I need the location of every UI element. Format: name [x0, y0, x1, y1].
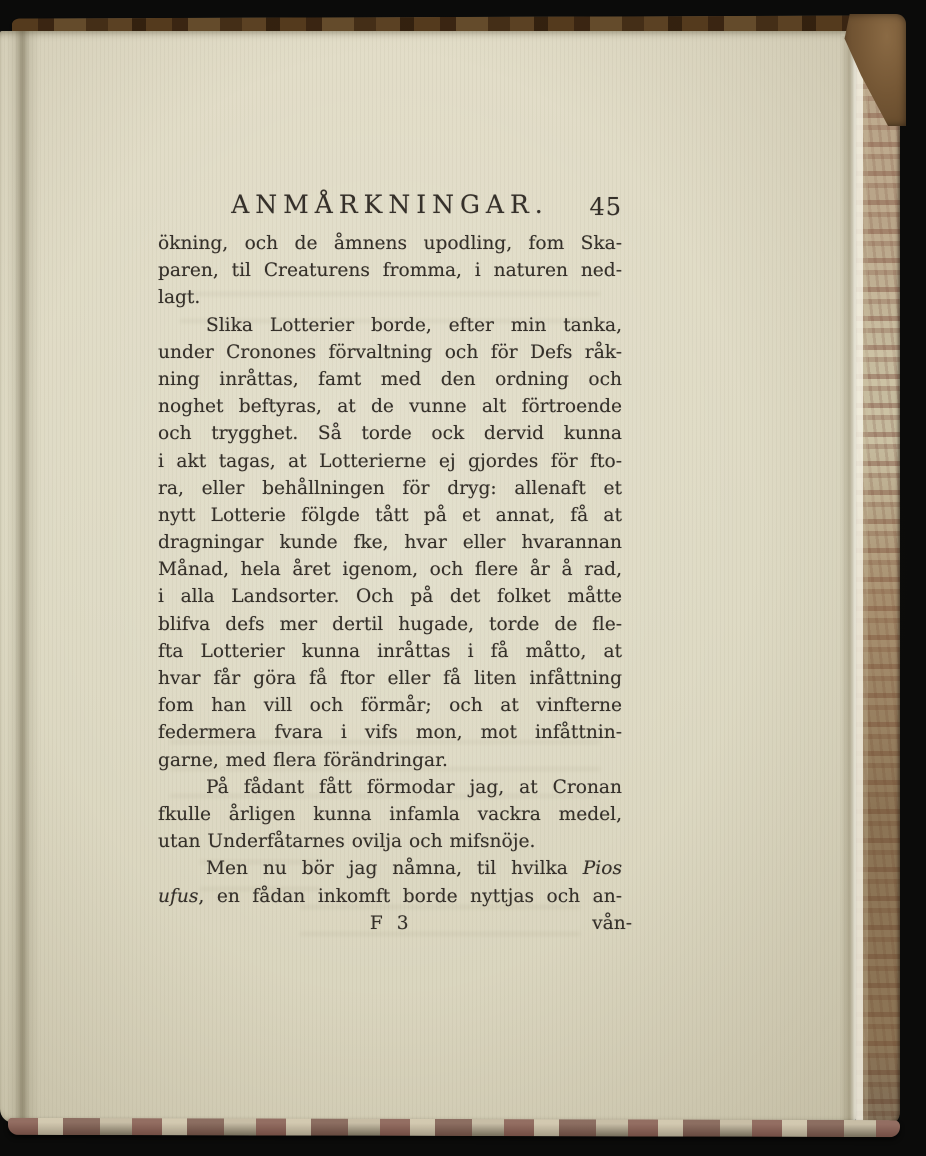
text-segment: Slika Lotterier borde, efter min tanka, — [206, 315, 622, 336]
text-segment: fkulle årligen kunna infamla vackra mede… — [158, 804, 622, 825]
catchword: vån- — [592, 910, 632, 937]
text-line: ra, eller behållningen för dryg: allenaf… — [158, 475, 622, 502]
text-segment: blifva defs mer dertil hugade, torde de … — [158, 614, 622, 635]
text-segment: Månad, hela året igenom, och flere år å … — [158, 559, 622, 580]
text-segment: och trygghet. Så torde ock dervid kunna — [158, 423, 622, 444]
marbled-fore-edge — [856, 26, 900, 1126]
text-line: och trygghet. Så torde ock dervid kunna — [158, 420, 622, 447]
text-line: Men nu bör jag nåmna, til hvilka Pios — [158, 855, 622, 882]
text-line: ufus, en fådan inkomft borde nyttjas och… — [158, 883, 622, 910]
text-line: lagt. — [158, 284, 622, 311]
italic-text-segment: Pios — [583, 858, 622, 879]
text-line: På fådant fått förmodar jag, at Cronan — [158, 774, 622, 801]
text-line: garne, med flera förändringar. — [158, 747, 622, 774]
text-segment: nytt Lotterie fölgde tått på et annat, f… — [158, 505, 622, 526]
text-segment: i alla Landsorter. Och på det folket måt… — [158, 586, 622, 607]
text-segment: federmera fvara i vifs mon, mot infåttni… — [158, 722, 622, 743]
text-line: paren, til Creaturens fromma, i naturen … — [158, 257, 622, 284]
text-segment: lagt. — [158, 287, 200, 308]
text-segment: noghet beftyras, at de vunne alt förtroe… — [158, 396, 622, 417]
text-line: federmera fvara i vifs mon, mot infåttni… — [158, 719, 622, 746]
text-segment: paren, til Creaturens fromma, i naturen … — [158, 260, 622, 281]
text-line: fta Lotterier kunna inråttas i få måtto,… — [158, 638, 622, 665]
gutter-shadow — [6, 31, 40, 1123]
text-line: i alla Landsorter. Och på det folket måt… — [158, 583, 622, 610]
text-line: ning inråttas, famt med den ordning och — [158, 366, 622, 393]
text-line: dragningar kunde fke, hvar eller hvarann… — [158, 529, 622, 556]
text-line: fom han vill och förmår; och at vinftern… — [158, 692, 622, 719]
page-number: 45 — [589, 192, 622, 222]
text-segment: dragningar kunde fke, hvar eller hvarann… — [158, 532, 622, 553]
italic-text-segment: ufus — [158, 886, 198, 907]
text-line: nytt Lotterie fölgde tått på et annat, f… — [158, 502, 622, 529]
text-segment: ra, eller behållningen för dryg: allenaf… — [158, 478, 622, 499]
text-segment: i akt tagas, at Lotterierne ej gjordes f… — [158, 451, 622, 472]
text-line: Månad, hela året igenom, och flere år å … — [158, 556, 622, 583]
text-line: Slika Lotterier borde, efter min tanka, — [158, 312, 622, 339]
text-line: i akt tagas, at Lotterierne ej gjordes f… — [158, 448, 622, 475]
text-line: ökning, och de åmnens upodling, fom Ska- — [158, 230, 622, 257]
book-scan-scene: ANMÅRKNINGAR. 45 ökning, och de åmnens u… — [0, 0, 926, 1156]
text-line: noghet beftyras, at de vunne alt förtroe… — [158, 393, 622, 420]
text-line: utan Underfåtarnes ovilja och mifsnöje. — [158, 828, 622, 855]
text-line: hvar får göra få ftor eller få liten inf… — [158, 665, 622, 692]
signature-mark: F 3 — [370, 910, 409, 937]
text-segment: under Cronones förvaltning och för Defs … — [158, 342, 622, 363]
marbled-bottom-edge — [8, 1118, 900, 1137]
text-line: blifva defs mer dertil hugade, torde de … — [158, 611, 622, 638]
page-header: ANMÅRKNINGAR. 45 — [158, 190, 622, 222]
text-block: ökning, och de åmnens upodling, fom Ska-… — [158, 230, 622, 937]
text-segment: ökning, och de åmnens upodling, fom Ska- — [158, 233, 622, 254]
text-segment: fta Lotterier kunna inråttas i få måtto,… — [158, 641, 622, 662]
signature-catchword-line: F 3 vån- — [158, 910, 622, 937]
text-line: under Cronones förvaltning och för Defs … — [158, 339, 622, 366]
text-segment: , en fådan inkomft borde nyttjas och an- — [198, 886, 622, 907]
text-line: fkulle årligen kunna infamla vackra mede… — [158, 801, 622, 828]
text-segment: ning inråttas, famt med den ordning och — [158, 369, 622, 390]
text-segment: garne, med flera förändringar. — [158, 750, 448, 771]
text-segment: fom han vill och förmår; och at vinftern… — [158, 695, 622, 716]
text-segment: Men nu bör jag nåmna, til hvilka — [206, 858, 583, 879]
text-segment: utan Underfåtarnes ovilja och mifsnöje. — [158, 831, 535, 852]
running-title: ANMÅRKNINGAR. — [158, 190, 622, 220]
text-segment: På fådant fått förmodar jag, at Cronan — [206, 777, 622, 798]
text-segment: hvar får göra få ftor eller få liten inf… — [158, 668, 622, 689]
